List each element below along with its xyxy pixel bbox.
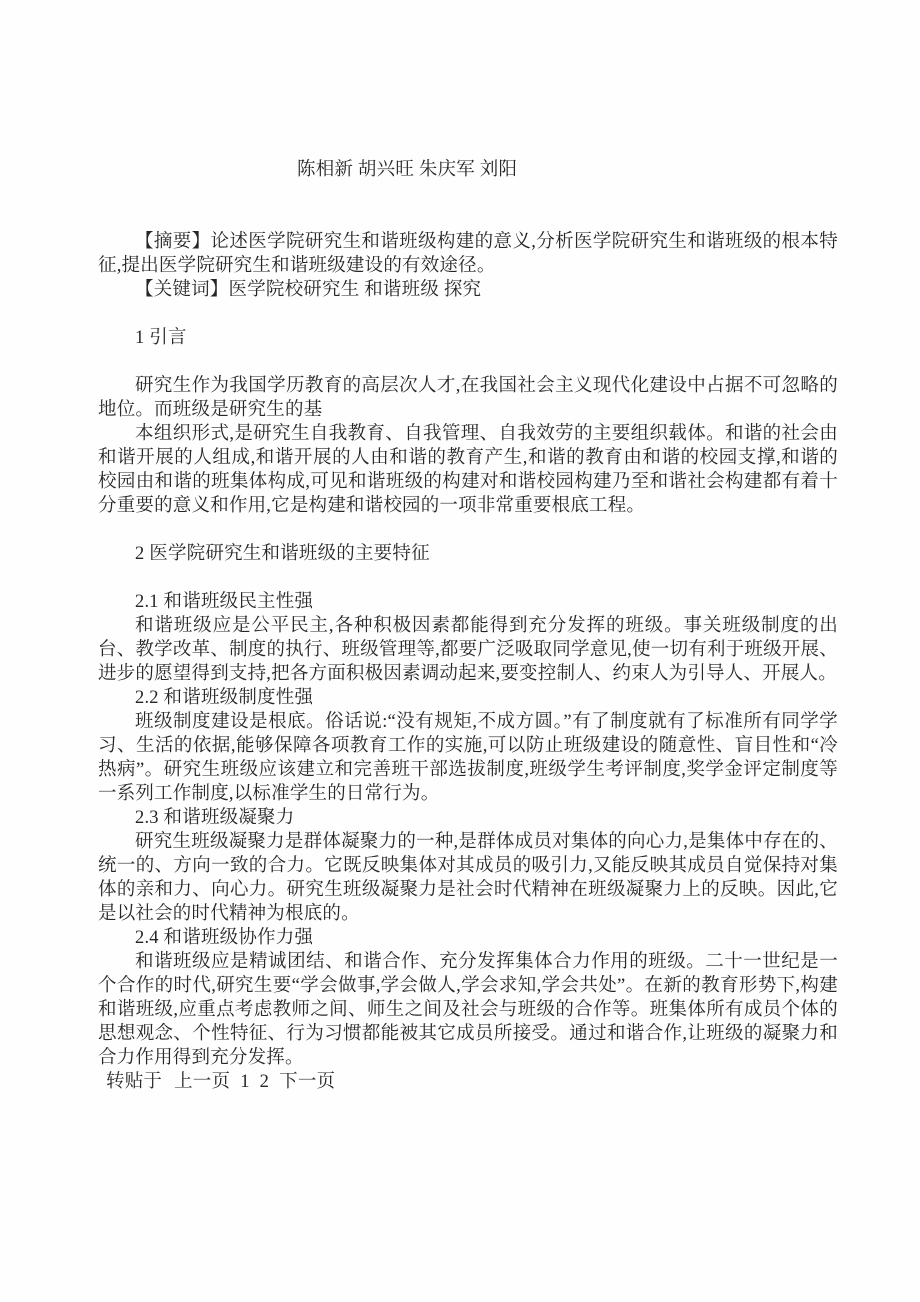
section-1-paragraph-1: 研究生作为我国学历教育的高层次人才,在我国社会主义现代化建设中占据不可忽略的地位… — [98, 374, 838, 422]
section-1-heading: 1 引言 — [98, 326, 838, 350]
blank-line — [98, 182, 838, 230]
keywords-paragraph: 【关键词】医学院校研究生 和谐班级 探究 — [98, 278, 838, 302]
prev-page-link[interactable]: 上一页 — [174, 1072, 230, 1092]
page-link-1[interactable]: 1 — [240, 1072, 249, 1092]
blank-line — [98, 518, 838, 542]
reprint-label: 转贴于 — [106, 1072, 162, 1092]
section-2-2-paragraph: 班级制度建设是根底。俗话说:“没有规矩,不成方圆。”有了制度就有了标准所有同学学… — [98, 710, 838, 806]
document-page: 陈相新 胡兴旺 朱庆军 刘阳 【摘要】论述医学院研究生和谐班级构建的意义,分析医… — [0, 0, 920, 1302]
section-1-paragraph-2: 本组织形式,是研究生自我教育、自我管理、自我效劳的主要组织载体。和谐的社会由和谐… — [98, 422, 838, 518]
authors-line: 陈相新 胡兴旺 朱庆军 刘阳 — [98, 158, 838, 182]
section-2-2-heading: 2.2 和谐班级制度性强 — [98, 686, 838, 710]
section-2-1-heading: 2.1 和谐班级民主性强 — [98, 590, 838, 614]
section-2-3-heading: 2.3 和谐班级凝聚力 — [98, 806, 838, 830]
abstract-paragraph: 【摘要】论述医学院研究生和谐班级构建的意义,分析医学院研究生和谐班级的根本特征,… — [98, 230, 838, 278]
blank-line — [98, 350, 838, 374]
section-2-1-paragraph: 和谐班级应是公平民主,各种积极因素都能得到充分发挥的班级。事关班级制度的出台、教… — [98, 614, 838, 686]
section-2-3-paragraph: 研究生班级凝聚力是群体凝聚力的一种,是群体成员对集体的向心力,是集体中存在的、统… — [98, 830, 838, 926]
section-2-4-paragraph: 和谐班级应是精诚团结、和谐合作、充分发挥集体合力作用的班级。二十一世纪是一个合作… — [98, 950, 838, 1070]
next-page-link[interactable]: 下一页 — [279, 1072, 335, 1092]
blank-line — [98, 566, 838, 590]
section-2-heading: 2 医学院研究生和谐班级的主要特征 — [98, 542, 838, 566]
pagination-bar: 转贴于上一页12下一页 — [98, 1070, 838, 1094]
page-link-2[interactable]: 2 — [260, 1072, 269, 1092]
section-2-4-heading: 2.4 和谐班级协作力强 — [98, 926, 838, 950]
blank-line — [98, 302, 838, 326]
